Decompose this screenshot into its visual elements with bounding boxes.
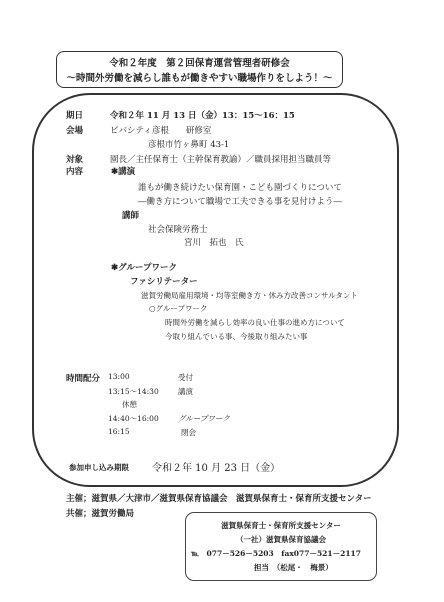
schedule-item-2: 休憩 [122,399,137,410]
schedule-item-4: 閉会 [181,427,196,438]
content-label: 内容 [66,165,83,177]
deadline-value: 令和２年 10 月 23 日（金） [152,459,280,474]
host-organizers: 主催；滋賀県／大津市／滋賀県保育協議会 滋賀県保育士・保育所支援センター [66,492,372,504]
contact-org-2: （一社）滋賀県保育協議会 [186,534,376,545]
groupwork-heading: ✱グループワーク [111,261,177,273]
event-title: 令和２年度 第２回保育運営管理者研修会 [57,55,342,69]
lecturer-label: 講師 [122,209,139,221]
target-value: 園長／主任保育士（主幹保育教諭）／職員採用担当職員等 [110,153,331,165]
facilitator-label: ファシリテーター [130,275,198,287]
schedule-time-4: 16:15 [108,427,130,436]
schedule-time-0: 13:00 [108,372,130,381]
event-subtitle: ～時間外労働を減らし誰もが働きやすい職場作りをしよう！～ [57,70,342,84]
schedule-item-0: 受付 [178,372,193,383]
schedule-item-3: グループワーク [178,413,230,424]
date-label: 期日 [66,109,83,121]
venue-name: ビバシティ彦根 研修室 [110,124,211,136]
cohost-organizers: 共催；滋賀労働局 [66,507,134,519]
lecture-heading: ✱講演 [111,165,135,177]
lecturer-name: 宮川 拓也 氏 [184,236,244,248]
target-label: 対象 [66,153,83,165]
facilitator-desc: 滋賀労働局雇用環境・均等室働き方・休み方改善コンサルタント [141,290,358,301]
lecturer-role: 社会保険労務士 [148,223,208,235]
groupwork-sub: ○グループワーク [149,303,207,314]
lecture-subtitle: ―働き方について職場で工夫できる事を見付けよう― [138,195,342,207]
contact-box: 滋賀県保育士・保育所支援センター （一社）滋賀県保育協議会 ℡ 077－526－… [185,512,377,581]
schedule-time-3: 14:40～16:00 [108,413,159,424]
venue-label: 会場 [66,124,83,136]
venue-address: 彦根市竹ヶ鼻町 43-1 [148,138,229,150]
contact-phone: ℡ 077－526－5203 fax077－521－2117 [191,548,361,559]
schedule-time-1: 13:15～14:30 [108,386,159,397]
title-box: 令和２年度 第２回保育運営管理者研修会 ～時間外労働を減らし誰もが働きやすい職場… [56,51,343,88]
contact-person: 担当 （松尾・ 梅景） [254,562,333,573]
lecture-title: 誰もが働き続けたい保育園・こども園づくりについて [138,181,342,193]
groupwork-topic-1: 時間外労働を減らし効率の良い仕事の進め方について [165,317,345,328]
groupwork-topic-2: 今取り組んでいる事、今後取り組みたい事 [165,331,308,342]
contact-org-1: 滋賀県保育士・保育所支援センター [186,520,376,531]
deadline-label: 参加申し込み期限 [69,462,129,473]
schedule-item-1: 講演 [178,386,193,397]
date-value: 令和２年 11 月 13 日（金）13：15～16：15 [110,109,295,121]
schedule-label: 時間配分 [66,372,100,384]
